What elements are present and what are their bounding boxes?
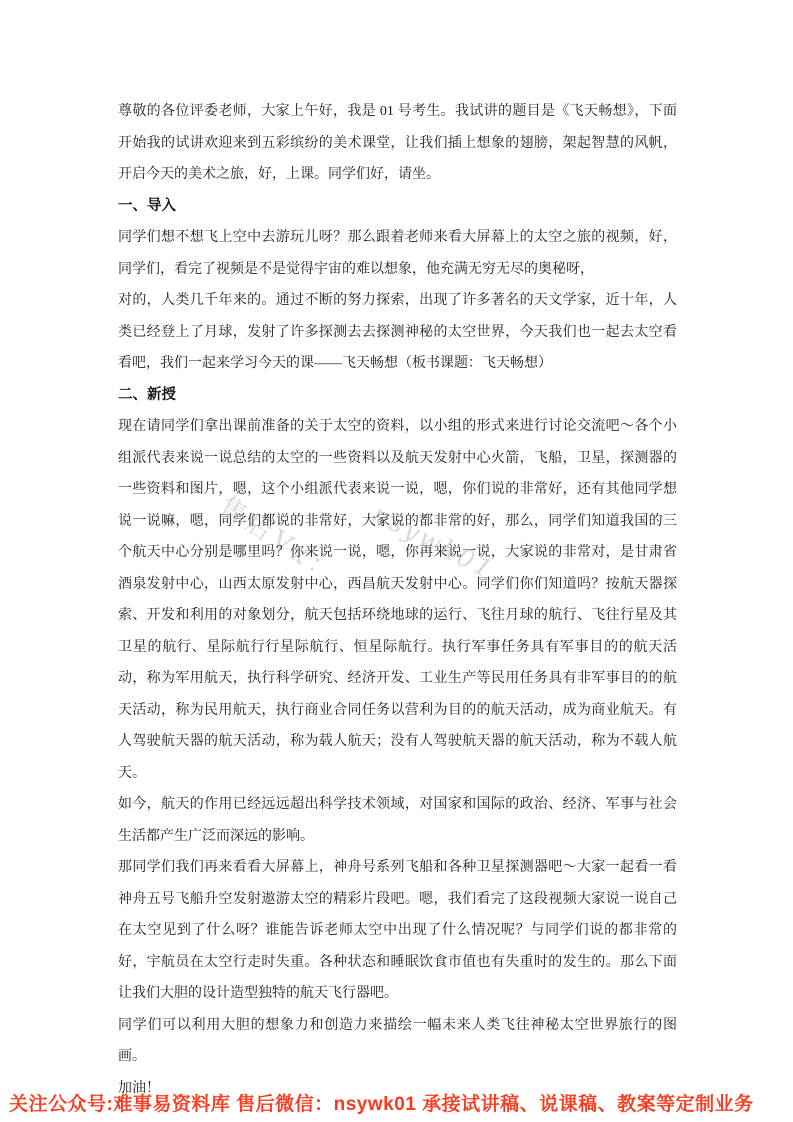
document-body: 尊敬的各位评委老师，大家上午好，我是 01 号考生。我试讲的题目是《飞天畅想》，…: [118, 96, 677, 1104]
paragraph: 那同学们我们再来看看大屏幕上，神舟号系列飞船和各种卫星探测器吧～大家一起看一看神…: [118, 852, 677, 1010]
document-page: 售后Vx： nsywk01 尊敬的各位评委老师，大家上午好，我是 01 号考生。…: [0, 0, 793, 1122]
promo-footer-text: 关注公众号:难事易资料库 售后微信：nsywk01 承接试讲稿、说课稿、教案等定…: [9, 1094, 754, 1115]
section-heading: 二、新授: [118, 380, 677, 412]
paragraph: 对的，人类几千年来的。通过不断的努力探索，出现了许多著名的天文学家，近十年，人类…: [118, 285, 677, 380]
paragraph: 如今，航天的作用已经远远超出科学技术领域，对国家和国际的政治、经济、军事与社会生…: [118, 789, 677, 852]
paragraph: 尊敬的各位评委老师，大家上午好，我是 01 号考生。我试讲的题目是《飞天畅想》，…: [118, 96, 677, 191]
paragraph: 同学们可以利用大胆的想象力和创造力来描绘一幅未来人类飞往神秘太空世界旅行的图画。: [118, 1010, 677, 1073]
paragraph: 现在请同学们拿出课前准备的关于太空的资料，以小组的形式来进行讨论交流吧～各个小组…: [118, 411, 677, 789]
promo-footer-bar: 关注公众号:难事易资料库 售后微信：nsywk01 承接试讲稿、说课稿、教案等定…: [9, 1089, 789, 1116]
section-heading: 一、导入: [118, 191, 677, 223]
paragraph: 同学们想不想飞上空中去游玩儿呀？那么跟着老师来看大屏幕上的太空之旅的视频，好，同…: [118, 222, 677, 285]
